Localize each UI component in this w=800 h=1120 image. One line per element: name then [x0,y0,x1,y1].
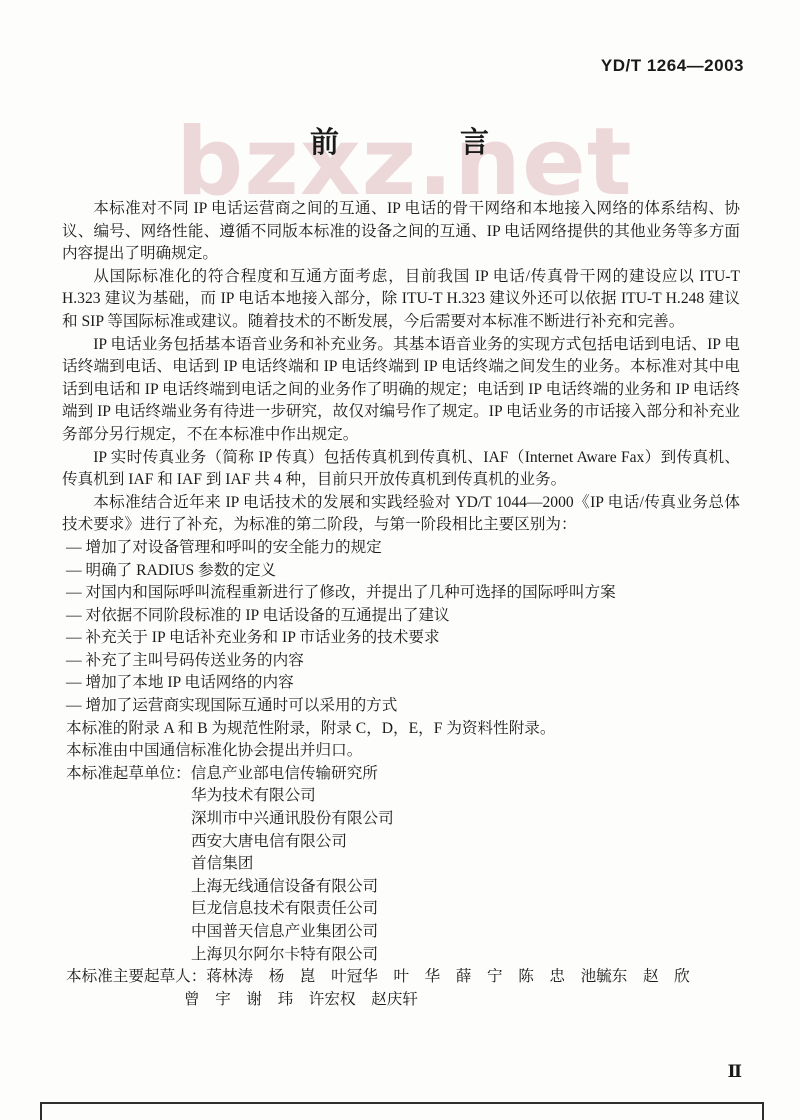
drafting-unit-item: 巨龙信息技术有限责任公司 [62,898,740,921]
drafting-unit-item: 深圳市中兴通讯股份有限公司 [62,808,740,831]
drafting-unit-item: 上海贝尔阿尔卡特有限公司 [62,944,740,967]
bullet-item: — 明确了 RADIUS 参数的定义 [62,560,740,583]
page-number: Ⅱ [728,1062,742,1082]
drafting-unit-item: 中国普天信息产业集团公司 [62,921,740,944]
paragraph: IP 实时传真业务（简称 IP 传真）包括传真机到传真机、IAF（Interne… [62,447,740,492]
paragraph: IP 电话业务包括基本语音业务和补充业务。其基本语音业务的实现方式包括电话到电话… [62,334,740,447]
drafting-units-label: 本标准起草单位： [66,763,191,786]
drafting-unit-item: 首信集团 [62,853,740,876]
drafting-units-row: 本标准起草单位： 信息产业部电信传输研究所 [62,763,740,786]
drafting-unit-item: 华为技术有限公司 [62,785,740,808]
bullet-item: — 对国内和国际呼叫流程重新进行了修改，并提出了几种可选择的国际呼叫方案 [62,582,740,605]
bullet-item: — 补充了主叫号码传送业务的内容 [62,650,740,673]
appendix-note: 本标准的附录 A 和 B 为规范性附录，附录 C，D，E，F 为资料性附录。 [62,718,740,741]
page-title: 前 言 [0,120,800,161]
drafters-label: 本标准主要起草人： [66,968,206,985]
drafters-row: 本标准主要起草人：蒋林涛 杨 崑 叶冠华 叶 华 薛 宁 陈 忠 池毓东 赵 欣 [62,966,740,989]
document-page: YD/T 1264—2003 bzxz.net 前 言 本标准对不同 IP 电话… [0,0,800,1120]
document-body: 本标准对不同 IP 电话运营商之间的互通、IP 电话的骨干网络和本地接入网络的体… [62,198,740,1011]
bullet-item: — 增加了对设备管理和呼叫的安全能力的规定 [62,537,740,560]
drafters-names: 蒋林涛 杨 崑 叶冠华 叶 华 薛 宁 陈 忠 池毓东 赵 欣 [206,968,689,985]
bottom-frame-border [40,1102,764,1120]
bullet-item: — 对依据不同阶段标准的 IP 电话设备的互通提出了建议 [62,605,740,628]
drafting-unit-item: 西安大唐电信有限公司 [62,831,740,854]
bullet-item: — 增加了本地 IP 电话网络的内容 [62,672,740,695]
bullet-item: — 补充关于 IP 电话补充业务和 IP 市话业务的技术要求 [62,627,740,650]
drafters-names: 曾 宇 谢 玮 许宏权 赵庆轩 [62,989,740,1012]
drafting-unit-item: 信息产业部电信传输研究所 [191,763,378,786]
standards-body-note: 本标准由中国通信标准化协会提出并归口。 [62,740,740,763]
bullet-item: — 增加了运营商实现国际互通时可以采用的方式 [62,695,740,718]
paragraph: 从国际标准化的符合程度和互通方面考虑，目前我国 IP 电话/传真骨干网的建设应以… [62,266,740,334]
doc-number: YD/T 1264—2003 [601,56,744,76]
drafting-unit-item: 上海无线通信设备有限公司 [62,876,740,899]
paragraph: 本标准结合近年来 IP 电话技术的发展和实践经验对 YD/T 1044—2000… [62,492,740,537]
paragraph: 本标准对不同 IP 电话运营商之间的互通、IP 电话的骨干网络和本地接入网络的体… [62,198,740,266]
